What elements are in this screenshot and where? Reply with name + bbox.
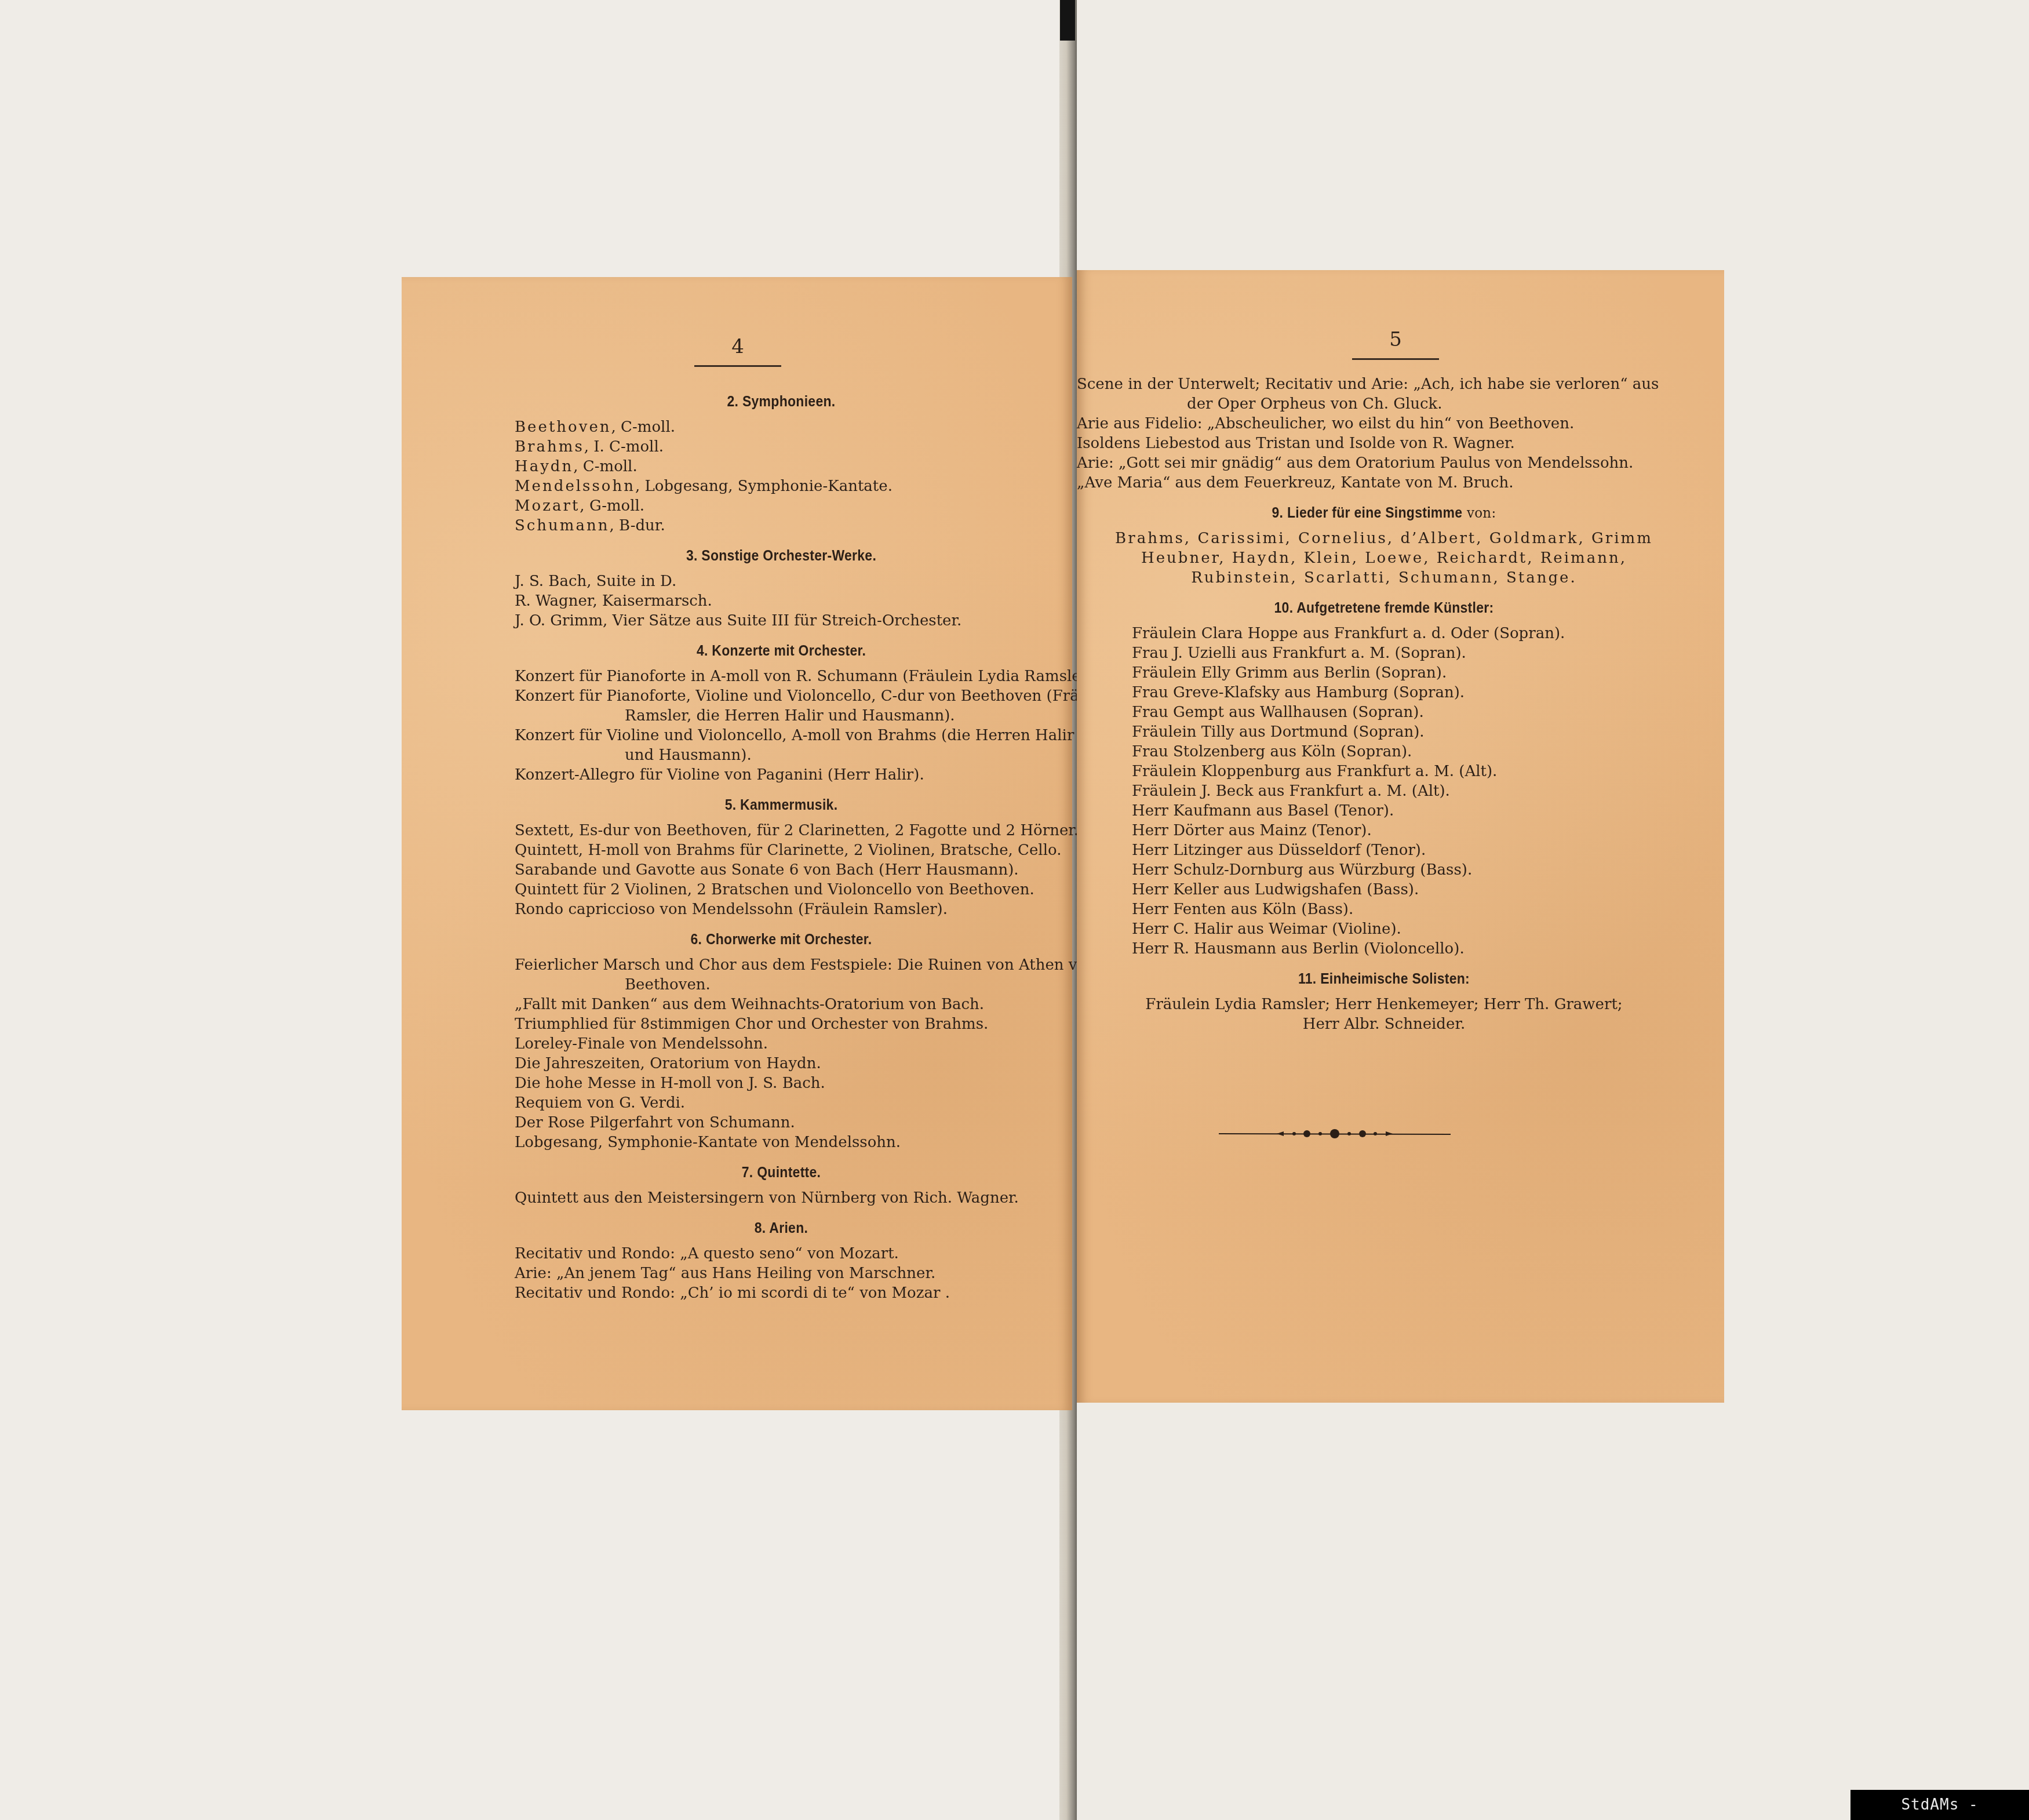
artist-entry: Herr Litzinger aus Düsseldorf (Tenor). [1132, 840, 1691, 860]
entry-text: Quintett für 2 Violinen, 2 Bratschen und… [515, 881, 1034, 898]
section-title: 7. Quintette. [536, 1163, 1026, 1182]
entry-text: J. S. Bach, Suite in D. [515, 573, 676, 590]
program-entry: Brahms, I. C-moll. [515, 437, 1048, 457]
entry-text: Konzert-Allegro für Violine von Paganini… [515, 766, 924, 784]
entry-text: , Lobgesang, Symphonie-Kantate. [635, 478, 893, 495]
entry-text: J. O. Grimm, Vier Sätze aus Suite III fü… [515, 612, 961, 629]
entry-text: Sextett, Es-dur von Beethoven, für 2 Cla… [515, 822, 1079, 839]
entry-text: , G-moll. [580, 497, 644, 515]
artist-entry: Frau J. Uzielli aus Frankfurt a. M. (Sop… [1132, 643, 1691, 663]
soloist-line: Herr Albr. Schneider. [1077, 1014, 1691, 1034]
program-entry: Requiem von G. Verdi. [515, 1093, 1048, 1113]
entry-text: Der Rose Pilgerfahrt von Schumann. [515, 1114, 795, 1131]
program-entry: Schumann, B-dur. [515, 516, 1048, 536]
entry-text: Die Jahreszeiten, Oratorium von Haydn. [515, 1055, 821, 1072]
program-entry: Loreley-Finale von Mendelssohn. [515, 1034, 1048, 1054]
spine-shadow [1060, 0, 1075, 41]
section-title: 3. Sonstige Orchester-Werke. [536, 546, 1026, 566]
page-number: 5 [1349, 328, 1442, 360]
entry-text: Loreley-Finale von Mendelssohn. [515, 1035, 768, 1053]
composer-name: Mozart [515, 497, 580, 515]
program-entry: Arie: „An jenem Tag“ aus Hans Heiling vo… [515, 1264, 1048, 1283]
program-entry: Haydn, C-moll. [515, 457, 1048, 476]
composer-name: Schumann [515, 517, 610, 534]
artist-entry: Frau Greve-Klafsky aus Hamburg (Sopran). [1132, 683, 1691, 702]
entry-text: Triumphlied für 8stimmigen Chor und Orch… [515, 1015, 988, 1033]
program-page-5: 5 Scene in der Unterwelt; Recitativ und … [1077, 270, 1724, 1403]
program-entry: Mozart, G-moll. [515, 496, 1048, 516]
artist-entry: Herr Keller aus Ludwigshafen (Bass). [1132, 880, 1691, 900]
program-entry: Quintett, H-moll von Brahms für Clarinet… [515, 840, 1048, 860]
artist-entry: Herr Fenten aus Köln (Bass). [1132, 900, 1691, 919]
program-entry: R. Wagner, Kaisermarsch. [515, 591, 1048, 611]
local-soloists-list: Fräulein Lydia Ramsler; Herr Henkemeyer;… [1077, 995, 1691, 1034]
program-entry: Scene in der Unterwelt; Recitativ und Ar… [1077, 374, 1691, 394]
entry-text: Arie: „An jenem Tag“ aus Hans Heiling vo… [515, 1265, 935, 1282]
program-entry: Recitativ und Rondo: „A questo seno“ von… [515, 1244, 1048, 1264]
section-title: 2. Symphonieen. [536, 392, 1026, 412]
program-entry: Beethoven, C-moll. [515, 417, 1048, 437]
program-entry: Beethoven. [515, 975, 1048, 995]
program-page-4: 4 2. Symphonieen.Beethoven, C-moll.Brahm… [402, 277, 1072, 1410]
guest-artists-list: Fräulein Clara Hoppe aus Frankfurt a. d.… [1077, 624, 1691, 959]
arien-continued-list: Scene in der Unterwelt; Recitativ und Ar… [1077, 374, 1691, 493]
program-entry: Mendelssohn, Lobgesang, Symphonie-Kantat… [515, 476, 1048, 496]
entry-text: Rondo capriccioso von Mendelssohn (Fräul… [515, 901, 948, 918]
entry-text: Konzert für Pianoforte in A-moll von R. … [515, 668, 1099, 685]
section-title: 10. Aufgetretene fremde Künstler: [1101, 598, 1666, 618]
entry-text: Sarabande und Gavotte aus Sonate 6 von B… [515, 861, 1019, 879]
program-entry: Arie: „Gott sei mir gnädig“ aus dem Orat… [1077, 453, 1691, 473]
entry-text: und Hausmann). [625, 747, 752, 764]
artist-entry: Fräulein J. Beck aus Frankfurt a. M. (Al… [1132, 781, 1691, 801]
section-title: 4. Konzerte mit Orchester. [536, 641, 1026, 661]
artist-entry: Herr Schulz-Dornburg aus Würzburg (Bass)… [1132, 860, 1691, 880]
artist-entry: Fräulein Clara Hoppe aus Frankfurt a. d.… [1132, 624, 1691, 643]
artist-entry: Frau Gempt aus Wallhausen (Sopran). [1132, 702, 1691, 722]
program-entry: Konzert für Pianoforte in A-moll von R. … [515, 667, 1048, 686]
program-entry: Konzert für Pianoforte, Violine und Viol… [515, 686, 1048, 706]
program-entry: Recitativ und Rondo: „Ch’ io mi scordi d… [515, 1283, 1048, 1303]
section-title: 6. Chorwerke mit Orchester. [536, 930, 1026, 949]
program-entry: Die Jahreszeiten, Oratorium von Haydn. [515, 1054, 1048, 1073]
artist-entry: Fräulein Kloppenburg aus Frankfurt a. M.… [1132, 762, 1691, 781]
program-entry: Triumphlied für 8stimmigen Chor und Orch… [515, 1014, 1048, 1034]
entry-text: Lobgesang, Symphonie-Kantate von Mendels… [515, 1134, 901, 1151]
program-entry: J. O. Grimm, Vier Sätze aus Suite III fü… [515, 611, 1048, 631]
artist-entry: Herr Dörter aus Mainz (Tenor). [1132, 821, 1691, 840]
entry-text: Konzert für Violine und Violoncello, A-m… [515, 727, 1074, 744]
entry-text: , B-dur. [610, 517, 665, 534]
entry-text: Recitativ und Rondo: „Ch’ io mi scordi d… [515, 1284, 950, 1302]
program-entry: Die hohe Messe in H-moll von J. S. Bach. [515, 1073, 1048, 1093]
entry-text: Feierlicher Marsch und Chor aus dem Fest… [515, 956, 1096, 974]
right-page-content: Scene in der Unterwelt; Recitativ und Ar… [1077, 374, 1691, 1034]
artist-entry: Fräulein Tilly aus Dortmund (Sopran). [1132, 722, 1691, 742]
entry-text: Beethoven. [625, 976, 711, 993]
program-entry: Der Rose Pilgerfahrt von Schumann. [515, 1113, 1048, 1133]
program-entry: Quintett aus den Meistersingern von Nürn… [515, 1188, 1048, 1208]
entry-text: Quintett aus den Meistersingern von Nürn… [515, 1189, 1019, 1207]
entry-text: Recitativ und Rondo: „A questo seno“ von… [515, 1245, 899, 1262]
artist-entry: Herr Kaufmann aus Basel (Tenor). [1132, 801, 1691, 821]
program-entry: „Ave Maria“ aus dem Feuerkreuz, Kantate … [1077, 473, 1691, 493]
composer-line: Heubner, Haydn, Klein, Loewe, Reichardt,… [1077, 548, 1691, 568]
artist-entry: Frau Stolzenberg aus Köln (Sopran). [1132, 742, 1691, 762]
program-entry: Arie aus Fidelio: „Abscheulicher, wo eil… [1077, 414, 1691, 434]
program-entry: „Fallt mit Danken“ aus dem Weihnachts-Or… [515, 995, 1048, 1014]
program-entry: Isoldens Liebestod aus Tristan und Isold… [1077, 434, 1691, 453]
entry-text: Ramsler, die Herren Halir und Hausmann). [625, 707, 955, 725]
soloist-line: Fräulein Lydia Ramsler; Herr Henkemeyer;… [1077, 995, 1691, 1014]
entry-text: , C-moll. [611, 418, 675, 436]
entry-text: , C-moll. [573, 458, 637, 475]
program-entry: Sextett, Es-dur von Beethoven, für 2 Cla… [515, 821, 1048, 840]
entry-text: Konzert für Pianoforte, Violine und Viol… [515, 687, 1117, 705]
composer-line: Rubinstein, Scarlatti, Schumann, Stange. [1077, 568, 1691, 588]
program-entry: Rondo capriccioso von Mendelssohn (Fräul… [515, 900, 1048, 919]
artist-entry: Fräulein Elly Grimm aus Berlin (Sopran). [1132, 663, 1691, 683]
program-entry: Ramsler, die Herren Halir und Hausmann). [515, 706, 1048, 726]
composer-name: Beethoven [515, 418, 611, 436]
program-entry: Sarabande und Gavotte aus Sonate 6 von B… [515, 860, 1048, 880]
program-entry: Quintett für 2 Violinen, 2 Bratschen und… [515, 880, 1048, 900]
entry-text: R. Wagner, Kaisermarsch. [515, 592, 712, 610]
archive-id-label: StdAMs - MV_004_364 [1850, 1790, 2029, 1820]
page-number: 4 [691, 335, 784, 367]
section-title: 9. Lieder für eine Singstimme von: [1101, 503, 1666, 523]
program-entry: der Oper Orpheus von Ch. Gluck. [1077, 394, 1691, 414]
program-entry: J. S. Bach, Suite in D. [515, 572, 1048, 591]
composer-line: Brahms, Carissimi, Cornelius, d’Albert, … [1077, 529, 1691, 548]
composer-name: Brahms [515, 438, 584, 456]
ornament-divider-icon [1219, 1128, 1451, 1140]
composer-name: Haydn [515, 458, 573, 475]
composer-name: Mendelssohn [515, 478, 635, 495]
program-entry: Lobgesang, Symphonie-Kantate von Mendels… [515, 1133, 1048, 1152]
page-number-rule [1352, 358, 1439, 360]
entry-text: , I. C-moll. [584, 438, 664, 456]
program-entry: Konzert für Violine und Violoncello, A-m… [515, 726, 1048, 745]
section-title: 8. Arien. [536, 1218, 1026, 1238]
lieder-composer-list: Brahms, Carissimi, Cornelius, d’Albert, … [1077, 529, 1691, 588]
left-page-content: 2. Symphonieen.Beethoven, C-moll.Brahms,… [515, 381, 1048, 1303]
artist-entry: Herr R. Hausmann aus Berlin (Violoncello… [1132, 939, 1691, 959]
entry-text: „Fallt mit Danken“ aus dem Weihnachts-Or… [515, 996, 984, 1013]
artist-entry: Herr C. Halir aus Weimar (Violine). [1132, 919, 1691, 939]
program-entry: und Hausmann). [515, 745, 1048, 765]
entry-text: Requiem von G. Verdi. [515, 1094, 685, 1112]
entry-text: Die hohe Messe in H-moll von J. S. Bach. [515, 1075, 825, 1092]
entry-text: Quintett, H-moll von Brahms für Clarinet… [515, 842, 1061, 859]
program-entry: Feierlicher Marsch und Chor aus dem Fest… [515, 955, 1048, 975]
program-entry: Konzert-Allegro für Violine von Paganini… [515, 765, 1048, 785]
section-title: 11. Einheimische Solisten: [1101, 969, 1666, 989]
page-number-rule [694, 365, 781, 367]
section-title: 5. Kammermusik. [536, 795, 1026, 815]
